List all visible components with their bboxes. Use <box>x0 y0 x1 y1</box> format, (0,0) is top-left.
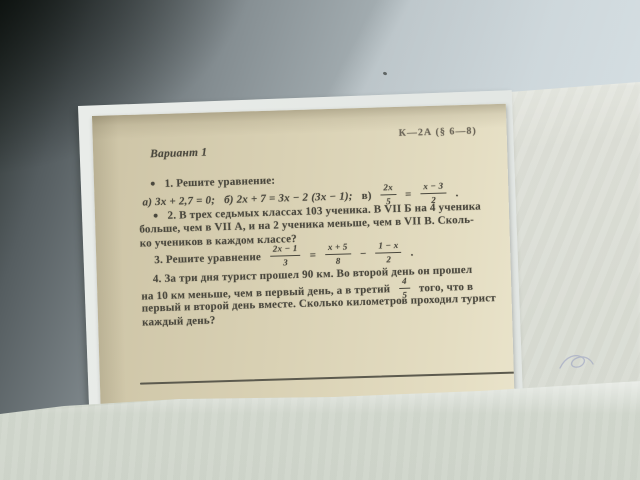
fraction: 2x − 1 3 <box>270 244 301 268</box>
fraction-numerator: 1 − x <box>375 241 401 254</box>
period: . <box>410 245 413 259</box>
variant-title: Вариант 1 <box>150 146 207 162</box>
bullet-icon: ● <box>150 176 156 190</box>
card-code: К—2А (§ 6—8) <box>398 125 477 141</box>
fraction: 1 − x 2 <box>375 241 402 265</box>
fraction-numerator: 2x − 1 <box>270 244 301 257</box>
pen-scribble <box>556 348 598 378</box>
fraction-denominator: 8 <box>336 255 341 266</box>
bullet-icon: ● <box>153 208 159 222</box>
equals-sign: = <box>405 187 412 201</box>
fraction-denominator: 2 <box>386 253 391 264</box>
fraction-numerator: 2x <box>380 183 396 195</box>
task-card: К—2А (§ 6—8) Вариант 1 ● 1. Решите уравн… <box>92 104 515 410</box>
equation-c-label: в) <box>361 188 371 202</box>
equals-sign: = <box>309 248 316 262</box>
fraction-numerator: 4 <box>399 277 410 289</box>
answer-rule-line <box>140 372 515 385</box>
fraction-denominator: 3 <box>283 256 288 267</box>
problem-4-line-4: каждый день? <box>142 313 216 329</box>
period: . <box>455 186 458 200</box>
fraction-numerator: x + 5 <box>325 242 351 255</box>
fraction-numerator: x − 3 <box>420 182 446 195</box>
minus-sign: − <box>360 246 367 260</box>
problem-3-label: 3. Решите уравнение <box>154 250 261 267</box>
photo-scene: К—2А (§ 6—8) Вариант 1 ● 1. Решите уравн… <box>0 0 640 480</box>
fraction: x + 5 8 <box>325 242 351 266</box>
